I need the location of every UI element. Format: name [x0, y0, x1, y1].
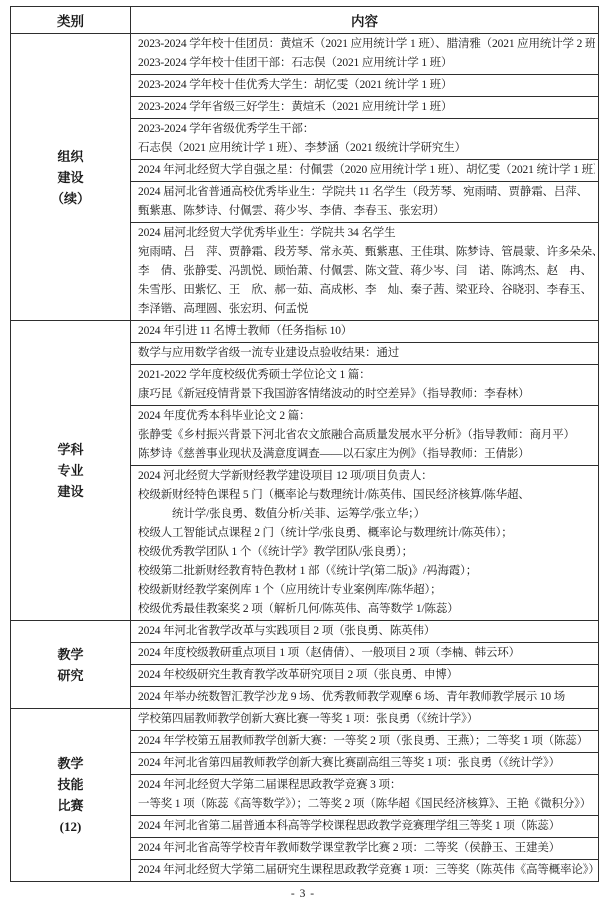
content-line: 2024 年度优秀本科毕业论文 2 篇： [138, 407, 595, 426]
content-cell: 2024 年引进 11 名博士教师（任务指标 10） [131, 321, 599, 343]
content-cell: 2023-2024 学年校十佳团员：黄煊禾（2021 应用统计学 1 班）、腊清… [131, 34, 599, 75]
content-line: 李泽锴、高理圆、张宏玥、何孟悦 [138, 300, 595, 319]
content-line: 宛雨晴、吕 萍、贾静霜、段芳琴、常永英、甄紫惠、王佳琪、陈梦诗、管晨蒙、许多朵朵… [138, 243, 595, 262]
table-row: 组织 建设 （续） 2023-2024 学年校十佳团员：黄煊禾（2021 应用统… [11, 34, 599, 75]
section-label-line: 专业 [13, 460, 128, 481]
content-cell: 数学与应用数学省级一流专业建设点验收结果：通过 [131, 343, 599, 365]
content-line: 2024 年引进 11 名博士教师（任务指标 10） [138, 322, 595, 341]
content-line: 统计学/张良勇、数值分析/关菲、运筹学/张立华；） [138, 505, 595, 524]
page-number: - 3 - [0, 888, 606, 900]
content-cell: 2024 年度优秀本科毕业论文 2 篇： 张静雯《乡村振兴背景下河北省农文旅融合… [131, 406, 599, 466]
content-cell: 2024 年河北省第二届普通本科高等学校课程思政教学竞赛理学组三等奖 1 项（陈… [131, 816, 599, 838]
award-summary-table: 类别 内容 组织 建设 （续） 2023-2024 学年校十佳团员：黄煊禾（20… [10, 6, 599, 882]
content-line: 张静雯《乡村振兴背景下河北省农文旅融合高质量发展水平分析》（指导教师：商月平） [138, 426, 595, 445]
content-cell: 2024 年校级研究生教育教学改革研究项目 2 项（张良勇、申博） [131, 665, 599, 687]
content-line: 2024 年河北省第二届普通本科高等学校课程思政教学竞赛理学组三等奖 1 项（陈… [138, 817, 595, 836]
content-line: 2024 年学校第五届教师教学创新大赛：一等奖 2 项（张良勇、王燕）；二等奖 … [138, 732, 595, 751]
section-label-teaching-skill-competition: 教学 技能 比赛 (12) [11, 709, 131, 882]
category-column-header: 类别 [11, 7, 131, 34]
content-line: 2023-2024 学年校十佳优秀大学生：胡忆雯（2021 统计学 1 班） [138, 76, 595, 95]
table-row: 教学 研究 2024 年河北省教学改革与实践项目 2 项（张良勇、陈英伟） [11, 621, 599, 643]
content-line: 2024 年河北经贸大学自强之星：付佩雲（2020 应用统计学 1 班）、胡忆雯… [138, 161, 595, 180]
content-cell: 2024 年举办统数智汇教学沙龙 9 场、优秀教师教学观摩 6 场、青年教师教学… [131, 687, 599, 709]
table-header-row: 类别 内容 [11, 7, 599, 34]
table-row: 学科 专业 建设 2024 年引进 11 名博士教师（任务指标 10） [11, 321, 599, 343]
content-line: 2024 年河北经贸大学第二届研究生课程思政教学竞赛 1 项：三等奖（陈英伟《高… [138, 861, 595, 880]
content-line: 校级优秀教学团队 1 个（《统计学》教学团队/张良勇）； [138, 543, 595, 562]
section-label-line: （续） [13, 188, 128, 209]
content-line: 2024 年度校级教研重点项目 1 项（赵倩倩）、一般项目 2 项（李楠、韩云环… [138, 644, 595, 663]
content-line: 2024 年校级研究生教育教学改革研究项目 2 项（张良勇、申博） [138, 666, 595, 685]
content-line: 校级人工智能试点课程 2 门（统计学/张良勇、概率论与数理统计/陈英伟）； [138, 524, 595, 543]
table-row: 教学 技能 比赛 (12) 学校第四届教师教学创新大赛比赛一等奖 1 项：张良勇… [11, 709, 599, 731]
section-label-line: 学科 [13, 439, 128, 460]
content-line: 2024 年举办统数智汇教学沙龙 9 场、优秀教师教学观摩 6 场、青年教师教学… [138, 688, 595, 707]
section-label-teaching-research: 教学 研究 [11, 621, 131, 709]
content-line: 2024 届河北经贸大学优秀毕业生：学院共 34 名学生 [138, 224, 595, 243]
content-cell: 2023-2024 学年省级三好学生：黄煊禾（2021 应用统计学 1 班） [131, 97, 599, 119]
content-line: 陈梦诗《慈善事业现状及满意度调查——以石家庄为例》（指导教师：王倩影） [138, 445, 595, 464]
content-cell: 2024 年河北经贸大学第二届课程思政教学竞赛 3 项： 一等奖 1 项（陈蕊《… [131, 775, 599, 816]
content-cell: 2024 年河北省教学改革与实践项目 2 项（张良勇、陈英伟） [131, 621, 599, 643]
content-cell: 2024 年河北经贸大学第二届研究生课程思政教学竞赛 1 项：三等奖（陈英伟《高… [131, 860, 599, 882]
section-label-line: 比赛 [13, 795, 128, 816]
section-label-line: 教学 [13, 644, 128, 665]
content-cell: 2024 届河北经贸大学优秀毕业生：学院共 34 名学生 宛雨晴、吕 萍、贾静霜… [131, 223, 599, 321]
content-line: 2024 年河北省高等学校青年教师数学课堂教学比赛 2 项：二等奖（侯静玉、王建… [138, 839, 595, 858]
section-label-line: 研究 [13, 665, 128, 686]
content-line: 校级新财经特色课程 5 门（概率论与数理统计/陈英伟、国民经济核算/陈华超、 [138, 486, 595, 505]
section-label-line: (12) [13, 816, 128, 837]
content-line: 校级新财经教学案例库 1 个（应用统计专业案例库/陈华超）； [138, 581, 595, 600]
content-line: 石志俣（2021 应用统计学 1 班）、李梦涵（2021 级统计学研究生） [138, 139, 595, 158]
content-line: 2024 年河北省第四届教师教学创新大赛比赛副高组三等奖 1 项：张良勇（《统计… [138, 754, 595, 773]
content-cell: 2024 年学校第五届教师教学创新大赛：一等奖 2 项（张良勇、王燕）；二等奖 … [131, 731, 599, 753]
content-line: 一等奖 1 项（陈蕊《高等数学》）；二等奖 2 项（陈华超《国民经济核算》、王艳… [138, 795, 595, 814]
section-label-line: 组织 [13, 146, 128, 167]
content-line: 甄紫惠、陈梦诗、付佩雲、蒋少岑、李倩、李春玉、张宏玥） [138, 202, 595, 221]
content-line: 学校第四届教师教学创新大赛比赛一等奖 1 项：张良勇（《统计学》） [138, 710, 595, 729]
content-line: 2024 年河北经贸大学第二届课程思政教学竞赛 3 项： [138, 776, 595, 795]
content-line: 康巧昆《新冠疫情背景下我国游客情绪波动的时空差异》（指导教师：李春林） [138, 385, 595, 404]
section-label-line: 技能 [13, 774, 128, 795]
content-line: 数学与应用数学省级一流专业建设点验收结果：通过 [138, 344, 595, 363]
content-cell: 2024 河北经贸大学新财经教学建设项目 12 项/项目负责人： 校级新财经特色… [131, 466, 599, 621]
content-line: 2023-2024 学年校十佳团员：黄煊禾（2021 应用统计学 1 班）、腊清… [138, 35, 595, 54]
content-line: 2023-2024 学年省级优秀学生干部： [138, 120, 595, 139]
content-line: 2024 届河北省普通高校优秀毕业生：学院共 11 名学生（段芳琴、宛雨晴、贾静… [138, 183, 595, 202]
content-line: 2023-2024 学年校十佳团干部：石志俣（2021 应用统计学 1 班） [138, 54, 595, 73]
content-line: 朱雪彤、田紫忆、王 欣、郝一茹、高成彬、李 灿、秦子茜、梁亚玲、谷晓羽、李春玉、 [138, 281, 595, 300]
content-line: 2024 河北经贸大学新财经教学建设项目 12 项/项目负责人： [138, 467, 595, 486]
content-cell: 2021-2022 学年度校级优秀硕士学位论文 1 篇： 康巧昆《新冠疫情背景下… [131, 365, 599, 406]
content-cell: 2024 年河北经贸大学自强之星：付佩雲（2020 应用统计学 1 班）、胡忆雯… [131, 160, 599, 182]
content-cell: 学校第四届教师教学创新大赛比赛一等奖 1 项：张良勇（《统计学》） [131, 709, 599, 731]
content-column-header: 内容 [131, 7, 599, 34]
content-line: 校级第二批新财经教育特色教材 1 部（《统计学(第二版)》/祃海霞）； [138, 562, 595, 581]
section-label-line: 建设 [13, 167, 128, 188]
content-cell: 2024 届河北省普通高校优秀毕业生：学院共 11 名学生（段芳琴、宛雨晴、贾静… [131, 182, 599, 223]
section-label-discipline: 学科 专业 建设 [11, 321, 131, 621]
content-line: 2021-2022 学年度校级优秀硕士学位论文 1 篇： [138, 366, 595, 385]
content-line: 李 倩、张静雯、冯凯悦、顾怡萧、付佩雲、陈文萱、蒋少岑、闫 诺、陈鸿杰、赵 冉、 [138, 262, 595, 281]
content-cell: 2023-2024 学年校十佳优秀大学生：胡忆雯（2021 统计学 1 班） [131, 75, 599, 97]
document-page: 类别 内容 组织 建设 （续） 2023-2024 学年校十佳团员：黄煊禾（20… [0, 0, 606, 912]
section-label-line: 建设 [13, 481, 128, 502]
content-line: 2024 年河北省教学改革与实践项目 2 项（张良勇、陈英伟） [138, 622, 595, 641]
content-cell: 2024 年河北省第四届教师教学创新大赛比赛副高组三等奖 1 项：张良勇（《统计… [131, 753, 599, 775]
section-label-organization: 组织 建设 （续） [11, 34, 131, 321]
section-label-line: 教学 [13, 753, 128, 774]
content-line: 2023-2024 学年省级三好学生：黄煊禾（2021 应用统计学 1 班） [138, 98, 595, 117]
content-cell: 2024 年河北省高等学校青年教师数学课堂教学比赛 2 项：二等奖（侯静玉、王建… [131, 838, 599, 860]
content-cell: 2024 年度校级教研重点项目 1 项（赵倩倩）、一般项目 2 项（李楠、韩云环… [131, 643, 599, 665]
content-cell: 2023-2024 学年省级优秀学生干部： 石志俣（2021 应用统计学 1 班… [131, 119, 599, 160]
content-line: 校级优秀最佳教案奖 2 项（解析几何/陈英伟、高等数学 1/陈蕊） [138, 600, 595, 619]
